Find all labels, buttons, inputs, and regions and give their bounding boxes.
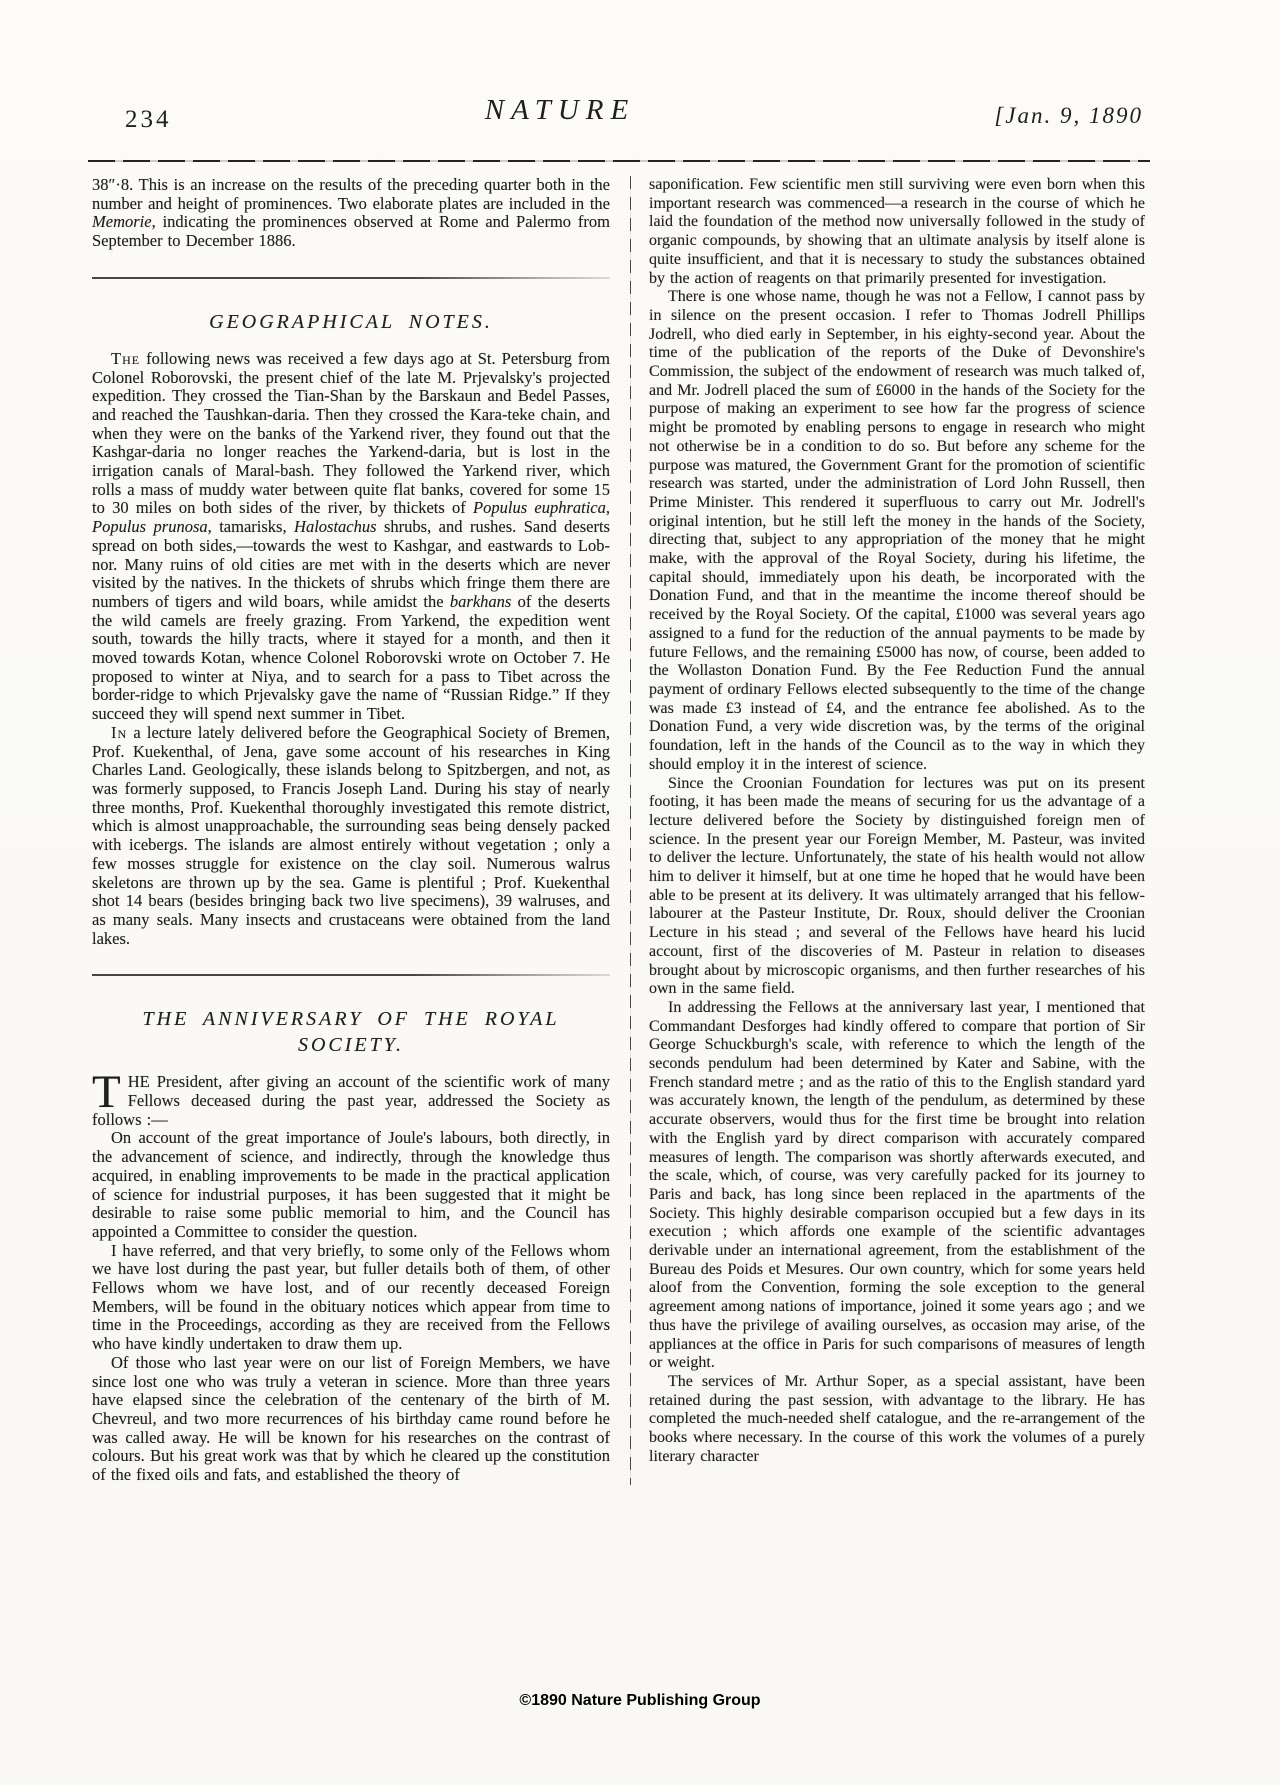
header-rule	[88, 160, 1150, 162]
paragraph-schuckburgh-scale: In addressing the Fellows at the anniver…	[649, 999, 1145, 1373]
paragraph-obituary-notices: I have referred, and that very briefly, …	[92, 1242, 610, 1354]
journal-page-scan: 234 NATURE [Jan. 9, 1890 38″·8. This is …	[0, 0, 1280, 1785]
paragraph-roborovski-expedition: The following news was received a few da…	[92, 350, 610, 724]
paragraph-joule-memorial: On account of the great importance of Jo…	[92, 1129, 610, 1241]
right-column: saponification. Few scientific men still…	[649, 176, 1145, 1467]
paragraph-croonian-lecture-pasteur: Since the Croonian Foundation for lectur…	[649, 775, 1145, 999]
column-rule	[630, 176, 631, 1485]
text-columns: 38″·8. This is an increase on the result…	[92, 176, 1145, 1485]
paragraph-saponification-continuation: saponification. Few scientific men still…	[649, 176, 1145, 288]
paragraph-president-address: THE President, after giving an account o…	[92, 1073, 610, 1129]
copyright-notice: ©1890 Nature Publishing Group	[0, 1692, 1280, 1710]
section-divider-rule	[92, 974, 610, 976]
left-column: 38″·8. This is an increase on the result…	[92, 176, 630, 1485]
paragraph-chevreul: Of those who last year were on our list …	[92, 1354, 610, 1485]
issue-date: [Jan. 9, 1890	[994, 103, 1143, 129]
section-heading-royal-society-anniversary: THE ANNIVERSARY OF THE ROYAL SOCIETY.	[92, 1006, 610, 1058]
section-heading-geographical-notes: GEOGRAPHICAL NOTES.	[92, 309, 610, 335]
page-header: 234 NATURE [Jan. 9, 1890	[92, 92, 1145, 148]
page-number: 234	[125, 106, 172, 134]
journal-title: NATURE	[410, 94, 710, 127]
paragraph-prominences-continuation: 38″·8. This is an increase on the result…	[92, 176, 610, 251]
paragraph-kuekenthal-lecture: In a lecture lately delivered before the…	[92, 724, 610, 948]
paragraph-arthur-soper-library: The services of Mr. Arthur Soper, as a s…	[649, 1373, 1145, 1467]
section-divider-rule	[92, 277, 610, 279]
paragraph-jodrell-fund: There is one whose name, though he was n…	[649, 288, 1145, 774]
